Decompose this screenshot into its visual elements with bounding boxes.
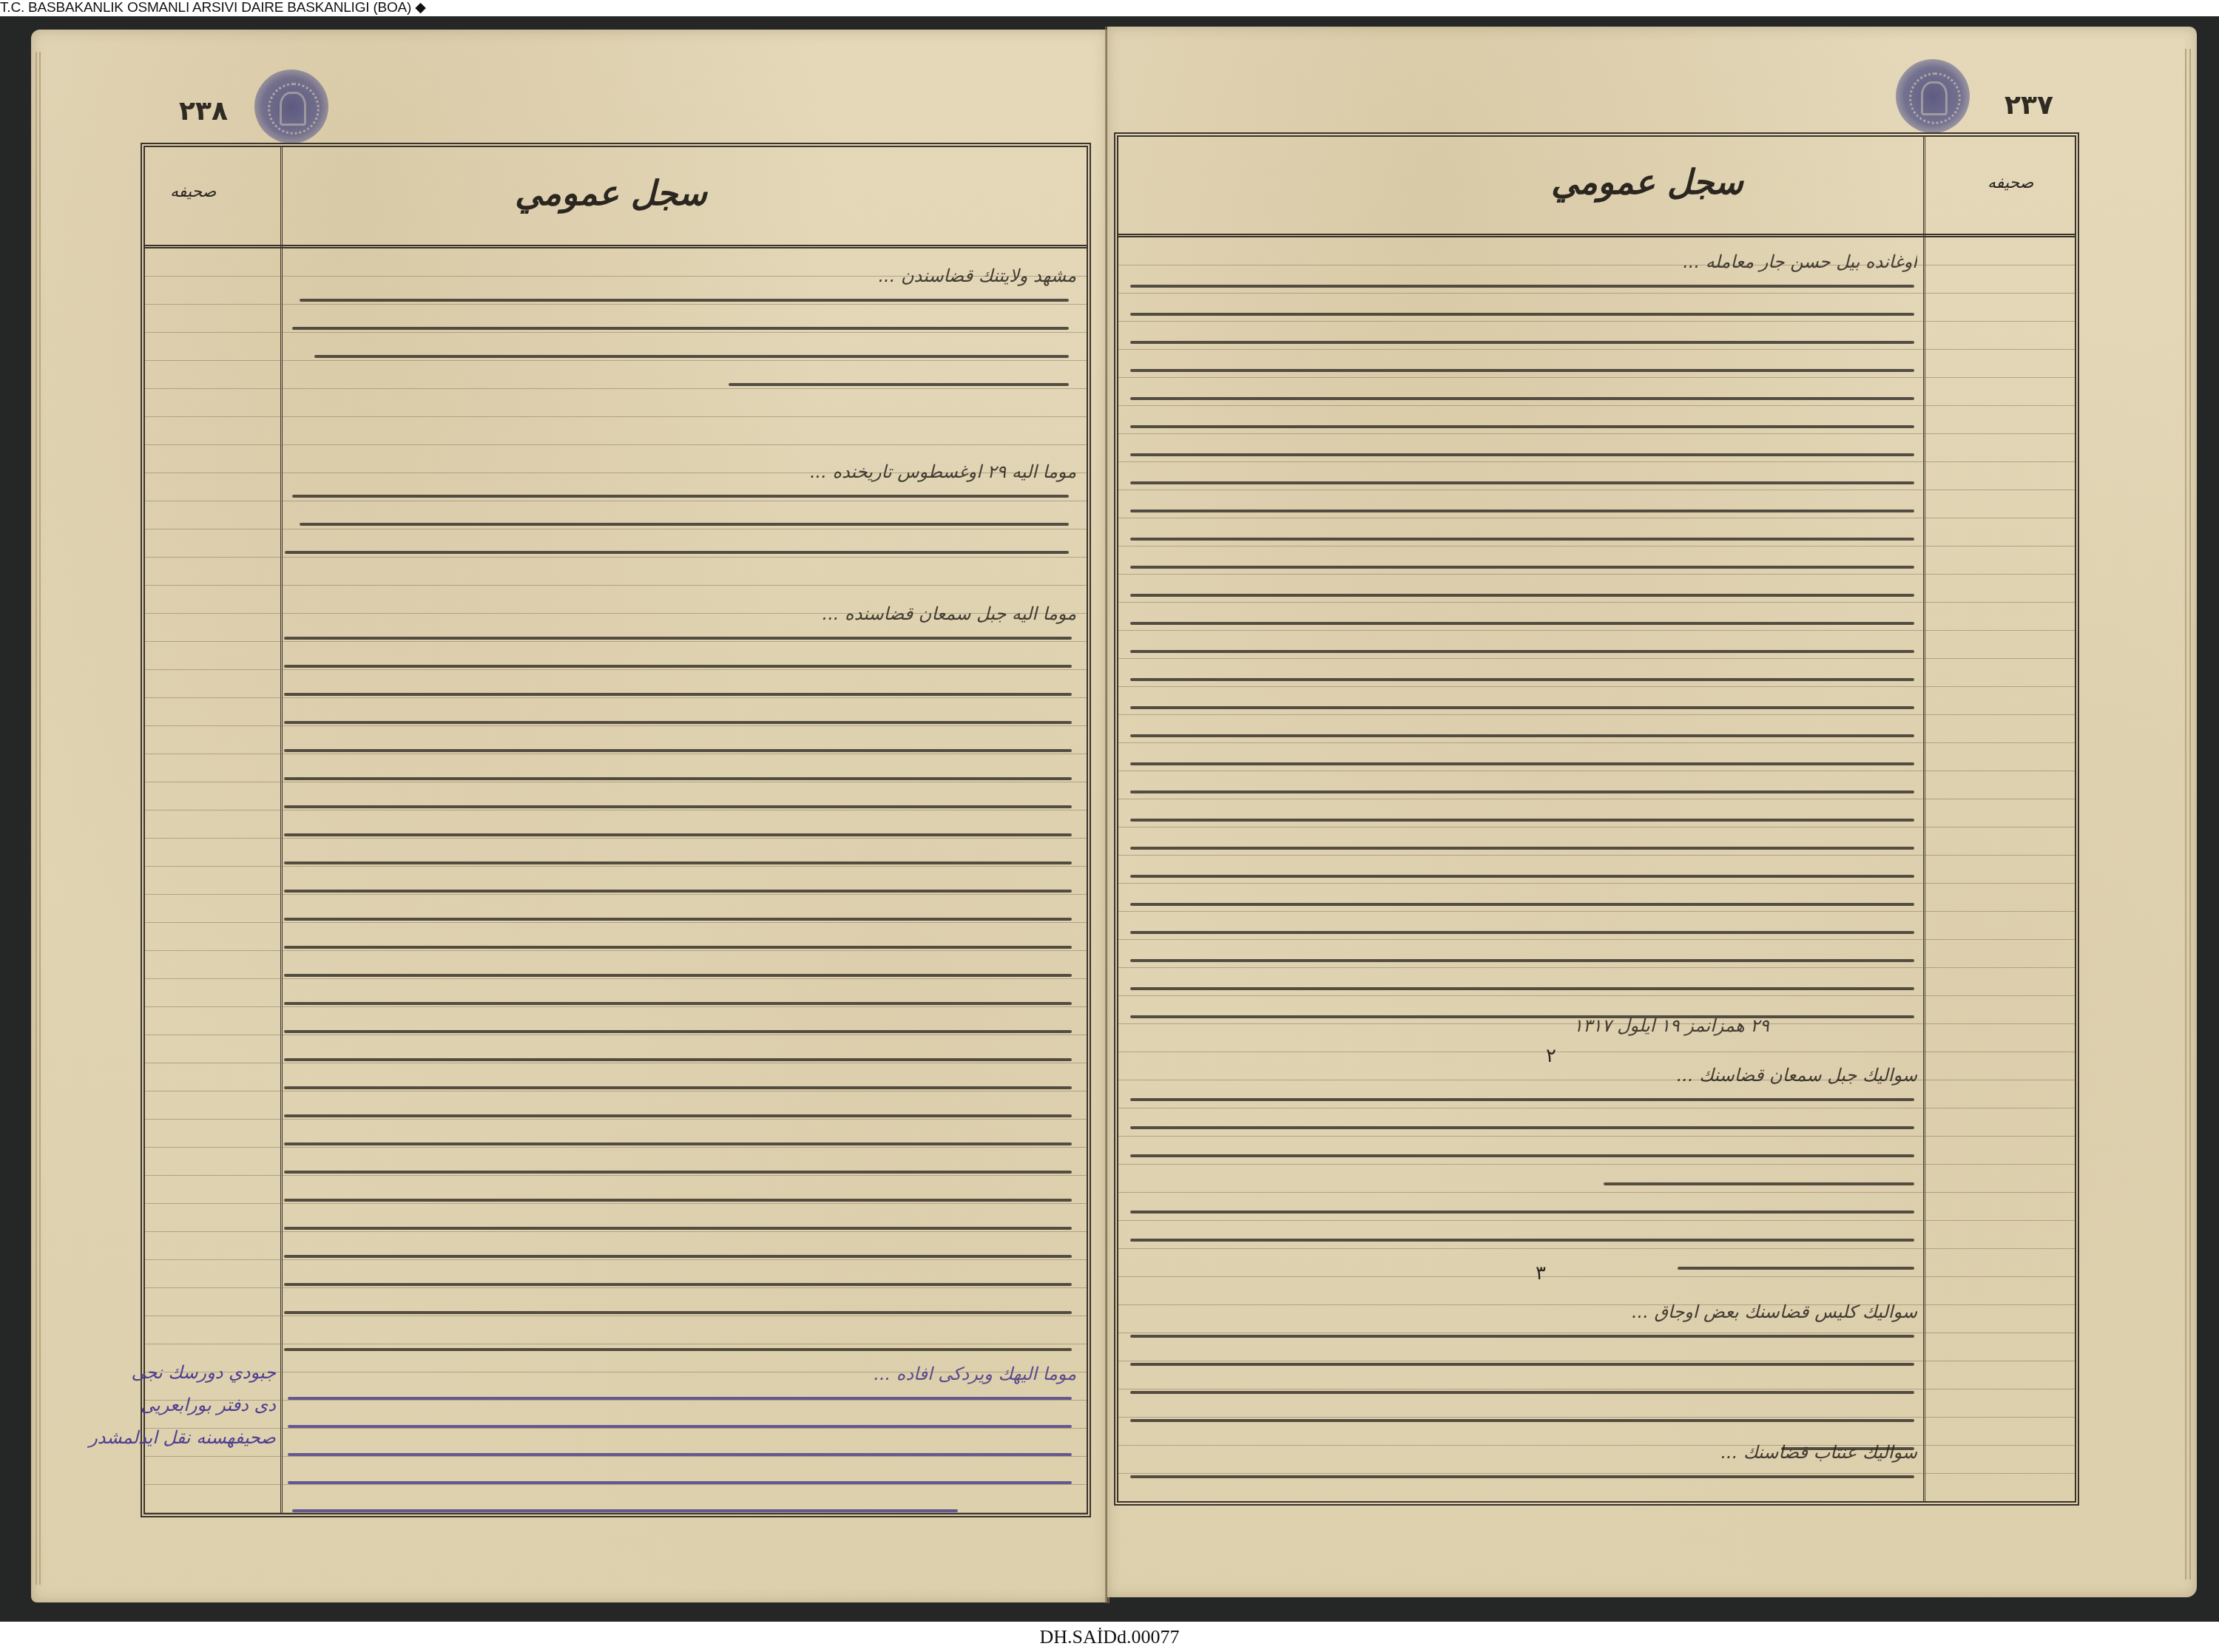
table-header: صحيفه سجل عمومي (145, 147, 1087, 248)
register-entry: سواليك عنتاب قضاسنك ... (1126, 1438, 1917, 1505)
seal-stamp-icon (1896, 59, 1970, 133)
register-table: سجل عمومي صحيفه اوغانده بیل حسن جار معام… (1114, 132, 2079, 1506)
catalog-id: DH.SAİDd.00077 (0, 1626, 2219, 1648)
right-page: ٢٣٧ سجل عمومي صحيفه اوغانده بیل حسن جار … (1107, 27, 2197, 1597)
register-entry: موما اليه جبل سمعان قضاسنده ... (289, 600, 1076, 1339)
register-entry: مشهد ولايتنك قضاسندن ... (289, 262, 1076, 402)
left-page: ٢٣٨ صحيفه سجل عمومي مشهد ولايتنك قضاسندن… (31, 30, 1107, 1602)
page-edge (2185, 49, 2186, 1580)
register-entry: سواليك جبل سمعان قضاسنك ... (1126, 1061, 1917, 1283)
page-edge (36, 52, 37, 1585)
table-header: سجل عمومي صحيفه (1118, 137, 2075, 237)
register-entry-later-ink: موما اليهك ويردكی افاده ... (289, 1360, 1076, 1534)
margin-note: جبودي دورسك نجی دی دفتر بورابعریی صحيفهس… (154, 1356, 276, 1454)
register-table: صحيفه سجل عمومي مشهد ولايتنك قضاسندن ...… (141, 143, 1091, 1517)
entry-date-text: ٢٩ همزانمز ١٩ ايلول ١٣١٧ (1126, 1012, 1917, 1041)
catalog-bar: DH.SAİDd.00077 (0, 1622, 2219, 1652)
archive-header-label: T.C. BASBAKANLIK OSMANLI ARSIVI DAIRE BA… (0, 0, 430, 16)
seal-stamp-icon (254, 70, 328, 143)
entry-date-line: ٢٩ همزانمز ١٩ ايلول ١٣١٧ (1126, 1012, 1917, 1041)
register-title: سجل عمومي (1551, 162, 1743, 202)
page-number: ٢٣٧ (2004, 90, 2053, 121)
register-entry: اوغانده بیل حسن جار معامله ... (1126, 248, 1917, 1039)
margin-note-line: جبودي دورسك نجی (154, 1356, 276, 1389)
archive-header-bar: T.C. BASBAKANLIK OSMANLI ARSIVI DAIRE BA… (0, 0, 2219, 16)
register-title: سجل عمومي (515, 173, 707, 213)
margin-note-line: صحيفهسنه نقل ايدلمشدر (154, 1421, 276, 1454)
column-label-sahife: صحيفه (170, 183, 216, 201)
entry-marker: ٣ (1536, 1262, 1546, 1284)
page-edge (2189, 49, 2191, 1580)
margin-note-line: دی دفتر بورابعریی (154, 1389, 276, 1421)
page-number: ٢٣٨ (179, 96, 228, 126)
register-entry: موما اليه ٢٩ اوغسطوس تاریخنده ... (289, 458, 1076, 572)
column-label-sahife: صحيفه (1987, 174, 2033, 192)
page-edge (39, 52, 41, 1585)
